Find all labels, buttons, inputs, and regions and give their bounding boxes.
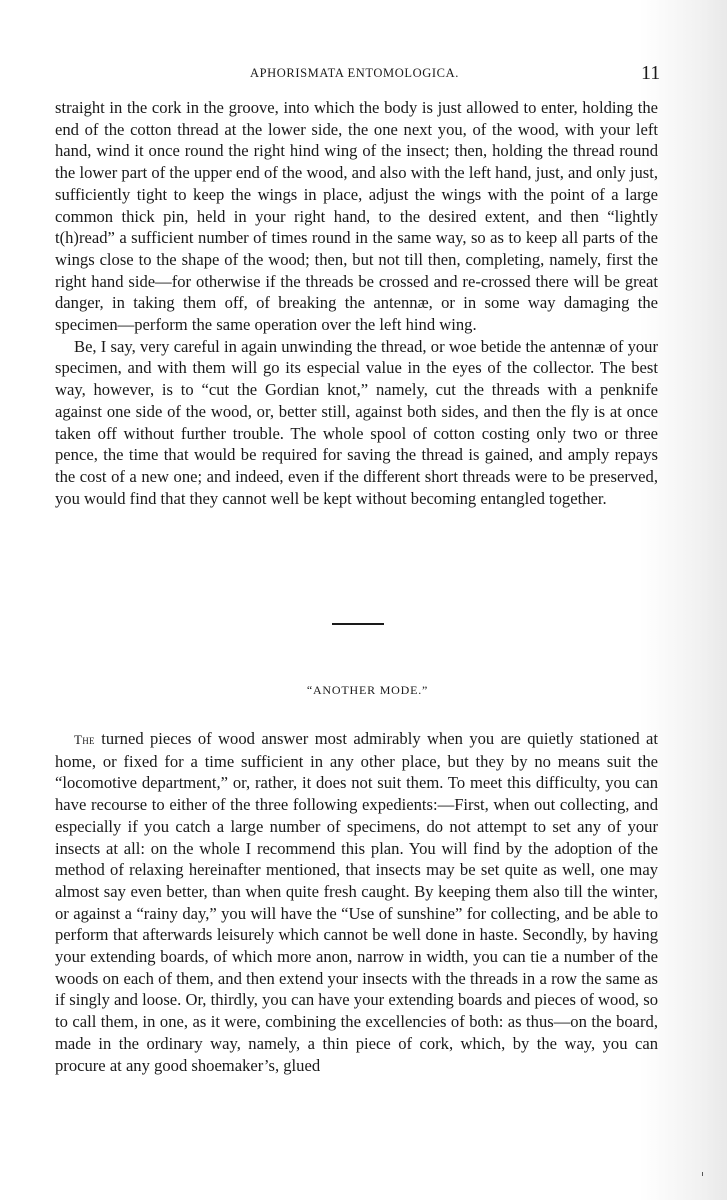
book-page: APHORISMATA ENTOMOLOGICA. 11 straight in… [0, 0, 727, 1200]
body-text-upper: straight in the cork in the groove, into… [55, 97, 658, 509]
running-title: APHORISMATA ENTOMOLOGICA. [250, 66, 459, 81]
body-text-lower: The turned pieces of wood answer most ad… [55, 728, 658, 1076]
paragraph-careful-unwinding: Be, I say, very careful in again unwindi… [55, 336, 658, 510]
scan-speck [702, 1172, 703, 1176]
paragraph-another-mode-text: turned pieces of wood answer most admira… [55, 729, 658, 1075]
paragraph-another-mode: The turned pieces of wood answer most ad… [55, 728, 658, 1076]
running-head: APHORISMATA ENTOMOLOGICA. 11 [0, 66, 727, 90]
section-divider-rule [332, 623, 384, 625]
paragraph-continuation: straight in the cork in the groove, into… [55, 97, 658, 336]
drop-word: The [74, 732, 95, 747]
page-number: 11 [641, 62, 660, 85]
section-heading: “ANOTHER MODE.” [0, 683, 727, 698]
